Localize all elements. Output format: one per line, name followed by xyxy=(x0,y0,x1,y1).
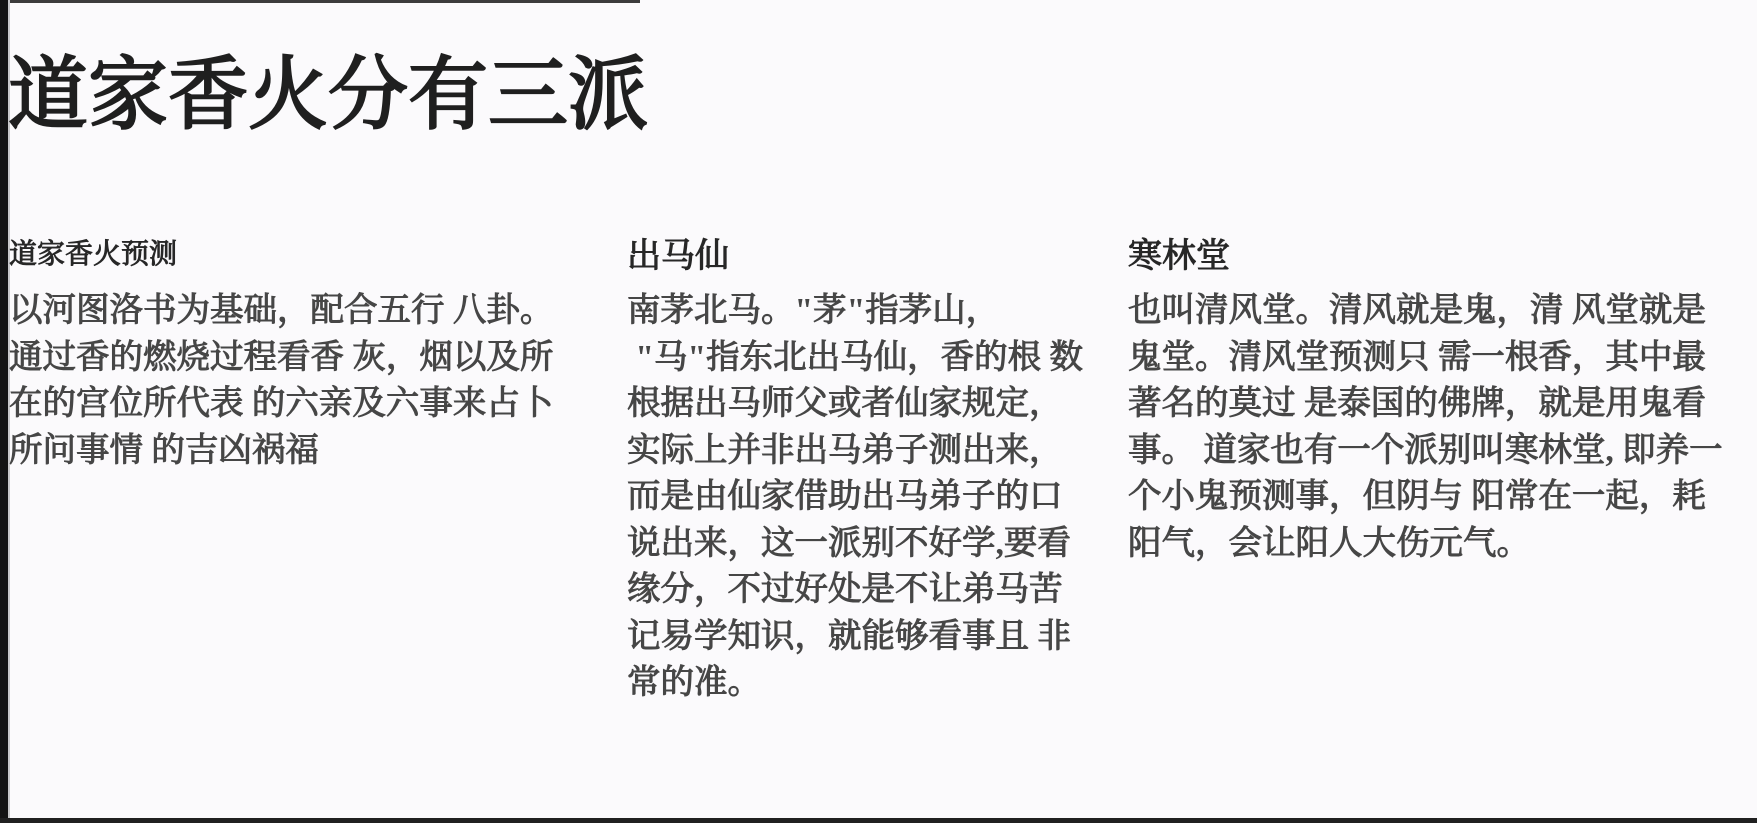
column-heading: 寒林堂 xyxy=(1128,237,1757,288)
column-chumaxian: 出马仙 南茅北马。"茅"指茅山， "马"指东北出马仙，香的根 数 根据出马师父或… xyxy=(627,237,1127,707)
column-hanlintang: 寒林堂 也叫清风堂。清风就是鬼，清 风堂就是 鬼堂。清风堂预测只 需一根香，其中… xyxy=(1128,237,1757,567)
column-body: 以河图洛书为基础，配合五行 八卦。 通过香的燃烧过程看香 灰，烟以及所 在的宫位… xyxy=(9,288,589,474)
bottom-edge-bar xyxy=(0,818,1757,823)
page-title: 道家香火分有三派 xyxy=(8,56,648,136)
column-heading: 道家香火预测 xyxy=(9,237,589,288)
top-edge-bar xyxy=(0,0,640,3)
column-body: 也叫清风堂。清风就是鬼，清 风堂就是 鬼堂。清风堂预测只 需一根香，其中最 著名… xyxy=(1128,288,1757,567)
column-heading: 出马仙 xyxy=(627,237,1127,288)
slide-page: { "page": { "title": "道家香火分有三派", "backgr… xyxy=(0,0,1757,823)
column-daojia-xianghuo-yuce: 道家香火预测 以河图洛书为基础，配合五行 八卦。 通过香的燃烧过程看香 灰，烟以… xyxy=(9,237,589,474)
column-body: 南茅北马。"茅"指茅山， "马"指东北出马仙，香的根 数 根据出马师父或者仙家规… xyxy=(627,288,1127,707)
